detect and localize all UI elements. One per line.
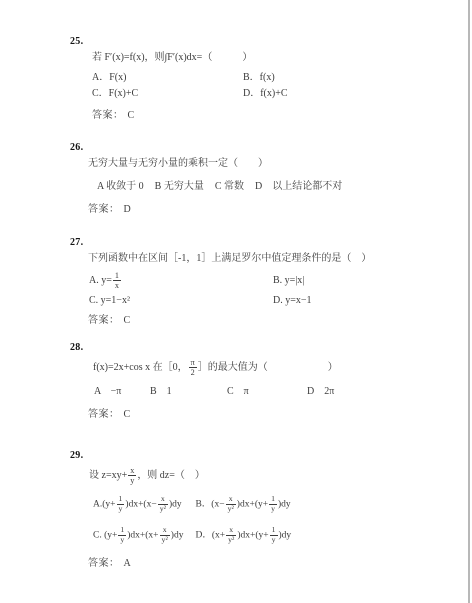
option-b: B．(x−xy²)dx+(y+1y)dy (195, 495, 291, 514)
question-stem: f(x)=2x+cos x 在［0，π2］的最大值为（ ） (93, 358, 456, 378)
question-stem: 设 z=xy+xy，则 dz=（ ） (89, 466, 456, 486)
answer-label: 答案： (88, 409, 120, 420)
options-grid: A．F(x) B．f(x) C．F(x)+C D．f(x)+C (92, 72, 456, 100)
option-c: C 常数 (215, 181, 244, 194)
answer-label: 答案： (88, 204, 120, 215)
answer-value: C (124, 315, 131, 326)
answer-line: 答案：C (92, 110, 456, 123)
option-a: A 收敛于 0 (97, 181, 144, 194)
question-number: 27. (70, 237, 456, 250)
option-b: B. y=|x| (273, 275, 456, 288)
answer-value: C (124, 409, 131, 420)
question-29: 29. 设 z=xy+xy，则 dz=（ ） A.(y+1y)dx+(x−xy²… (60, 450, 456, 571)
option-d: D. y=x−1 (273, 295, 456, 308)
option-c: C. y=1−x² (89, 295, 273, 308)
answer-value: D (124, 204, 132, 215)
answer-line: 答案：C (88, 409, 456, 422)
options-grid: A.(y+1y)dx+(x−xy²)dy B．(x−xy²)dx+(y+1y)d… (93, 495, 456, 545)
question-number: 26. (70, 142, 456, 155)
question-number: 29. (70, 450, 456, 463)
option-d: D 以上结论都不对 (255, 181, 342, 194)
answer-label: 答案： (92, 110, 124, 121)
option-a: A −π (94, 386, 150, 399)
answer-label: 答案： (88, 558, 120, 569)
options-grid: A. y=1x B. y=|x| C. y=1−x² D. y=x−1 (89, 271, 456, 307)
exam-document-page: 25. 若 F′(x)=f(x)，则∫F′(x)dx=（ ） A．F(x) B．… (0, 0, 472, 603)
answer-value: C (128, 110, 135, 121)
answer-label: 答案： (88, 315, 120, 326)
question-stem: 无穷大量与无穷小量的乘积一定（ ） (88, 158, 456, 171)
answer-value: A (124, 558, 132, 569)
question-25: 25. 若 F′(x)=f(x)，则∫F′(x)dx=（ ） A．F(x) B．… (60, 36, 456, 123)
option-d: D 2π (307, 386, 334, 399)
option-b: B．f(x) (243, 72, 456, 85)
options-row: A 收敛于 0 B 无穷大量 C 常数 D 以上结论都不对 (97, 181, 456, 194)
question-26: 26. 无穷大量与无穷小量的乘积一定（ ） A 收敛于 0 B 无穷大量 C 常… (60, 142, 456, 216)
option-b: B 1 (150, 386, 227, 399)
option-a: A.(y+1y)dx+(x−xy²)dy (93, 495, 183, 514)
option-c: C．F(x)+C (92, 88, 243, 101)
option-a: A. y=1x (89, 271, 273, 291)
question-number: 28. (70, 342, 456, 355)
question-stem: 若 F′(x)=f(x)，则∫F′(x)dx=（ ） (92, 52, 456, 65)
option-a: A．F(x) (92, 72, 243, 85)
question-27: 27. 下列函数中在区间［-1，1］上满足罗尔中值定理条件的是（ ） A. y=… (60, 237, 456, 328)
option-d: D．f(x)+C (243, 88, 456, 101)
option-d: D．(x+xy²)dx+(y+1y)dy (195, 526, 291, 545)
option-c: C. (y+1y)dx+(x+xy²)dy (93, 526, 183, 545)
options-row: A −π B 1 C π D 2π (94, 386, 456, 399)
question-number: 25. (70, 36, 456, 49)
option-b: B 无穷大量 (155, 181, 204, 194)
question-28: 28. f(x)=2x+cos x 在［0，π2］的最大值为（ ） A −π B… (60, 342, 456, 421)
answer-line: 答案：D (88, 204, 456, 217)
question-stem: 下列函数中在区间［-1，1］上满足罗尔中值定理条件的是（ ） (88, 253, 456, 266)
page-right-border (468, 0, 470, 603)
option-c: C π (227, 386, 307, 399)
answer-line: 答案：C (88, 315, 456, 328)
answer-line: 答案：A (88, 558, 456, 571)
